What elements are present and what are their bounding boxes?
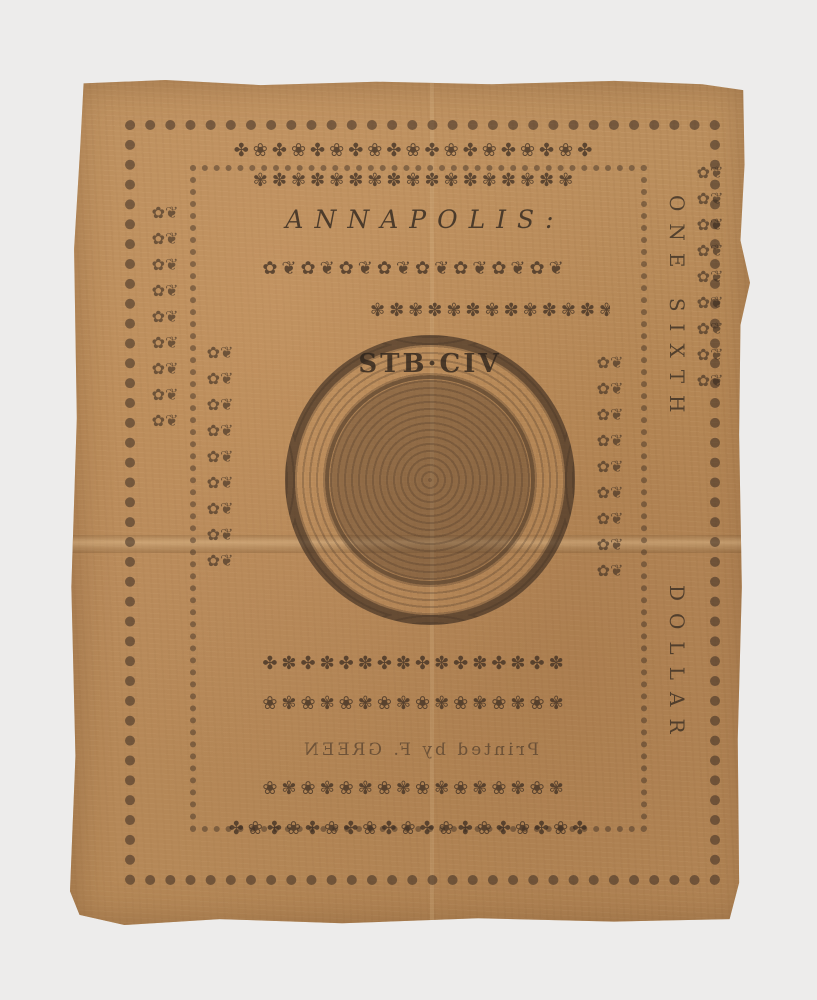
ornament-row-third: ✿❦✿❦✿❦✿❦✿❦✿❦✿❦✿❦ bbox=[200, 260, 630, 278]
ornament-row-second: ✾✽✾✽✾✽✾✽✾✽✾✽✾✽✾✽✾ bbox=[200, 172, 630, 190]
ornament-row-base: ✤❀✤❀✤❀✤❀✤❀✤❀✤❀✤❀✤❀✤ bbox=[130, 820, 690, 838]
denomination-text-bottom: DOLLAR bbox=[665, 585, 689, 746]
ornament-row-short: ✾✽✾✽✾✽✾✽✾✽✾✽✾✽✾✽✾ bbox=[370, 302, 610, 320]
circular-seal: STB·CIV bbox=[285, 335, 575, 625]
ornament-column-right: ✿❦✿❦✿❦✿❦✿❦✿❦✿❦✿❦✿❦ bbox=[690, 160, 730, 860]
ornament-row-lower-2: ❀✾❀✾❀✾❀✾❀✾❀✾❀✾❀✾ bbox=[200, 695, 630, 713]
photo-background: ✤❀✤❀✤❀✤❀✤❀✤❀✤❀✤❀✤❀✤ ✾✽✾✽✾✽✾✽✾✽✾✽✾✽✾✽✾ AN… bbox=[0, 0, 817, 1000]
seal-legend: STB·CIV bbox=[295, 349, 565, 379]
mirrored-printer-imprint: Printed by F. GREEN bbox=[270, 740, 570, 760]
ornament-row-top: ✤❀✤❀✤❀✤❀✤❀✤❀✤❀✤❀✤❀✤ bbox=[200, 142, 630, 160]
ornament-column-left: ✿❦✿❦✿❦✿❦✿❦✿❦✿❦✿❦✿❦ bbox=[145, 200, 185, 800]
city-title: ANNAPOLIS: bbox=[225, 205, 625, 234]
seal-inner-ring bbox=[325, 375, 535, 585]
currency-note: ✤❀✤❀✤❀✤❀✤❀✤❀✤❀✤❀✤❀✤ ✾✽✾✽✾✽✾✽✾✽✾✽✾✽✾✽✾ AN… bbox=[70, 80, 750, 925]
denomination-text-top: ONE SIXTH bbox=[665, 195, 689, 424]
ornament-row-bottom: ❀✾❀✾❀✾❀✾❀✾❀✾❀✾❀✾ bbox=[200, 780, 630, 798]
ornament-row-lower: ✤✽✤✽✤✽✤✽✤✽✤✽✤✽✤✽ bbox=[200, 655, 630, 673]
